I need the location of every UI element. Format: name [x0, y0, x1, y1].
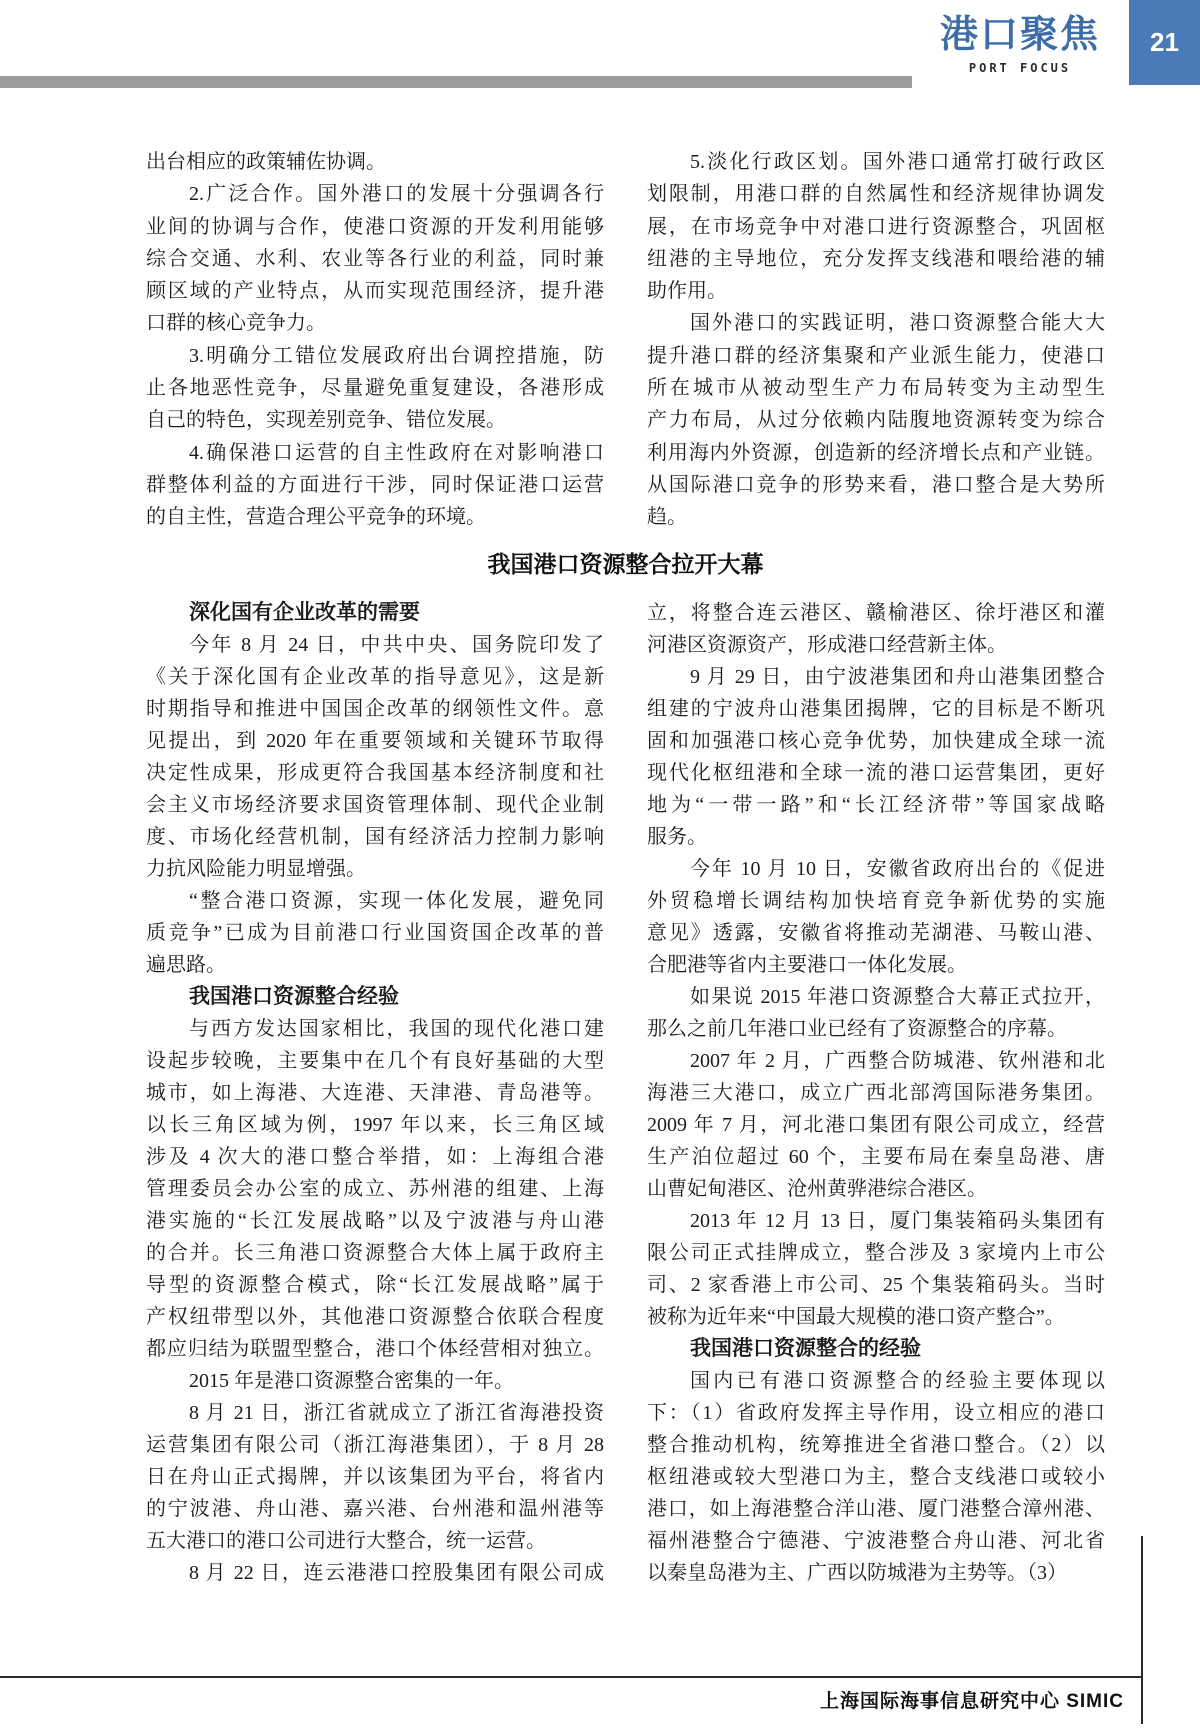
- text-line: 河港区资源资产，形成港口经营新主体。: [647, 629, 1105, 661]
- text-line: 运营集团有限公司（浙江海港集团），于 8 月 28: [146, 1429, 604, 1461]
- text-line: 港口，如上海港整合洋山港、厦门港整合漳州港、: [647, 1493, 1105, 1525]
- text-line: 4.确保港口运营的自主性政府在对影响港口: [146, 437, 604, 469]
- text-line: 今年 8 月 24 日，中共中央、国务院印发了: [146, 629, 604, 661]
- subsection-heading: 我国港口资源整合的经验: [647, 1333, 1105, 1365]
- text-line: 2007 年 2 月，广西整合防城港、钦州港和北: [647, 1045, 1105, 1077]
- text-line: 立，将整合连云港区、赣榆港区、徐圩港区和灌: [647, 597, 1105, 629]
- column-top-right: 5.淡化行政区划。国外港口通常打破行政区划限制，用港口群的自然属性和经济规律协调…: [647, 146, 1105, 534]
- text-line: 展，在市场竞争中对港口进行资源整合，巩固枢: [647, 211, 1105, 243]
- footer-publisher: 上海国际海事信息研究中心 SIMIC: [820, 1686, 1124, 1713]
- text-line: 从国际港口竞争的形势来看，港口整合是大势所: [647, 469, 1105, 501]
- page-header-title: 港口聚焦: [903, 12, 1137, 58]
- text-line: 决定性成果，形成更符合我国基本经济制度和社: [146, 757, 604, 789]
- text-line: 产权纽带型以外，其他港口资源整合依联合程度: [146, 1301, 604, 1333]
- text-line: 出台相应的政策辅佐协调。: [146, 146, 604, 178]
- text-line: 下：（1）省政府发挥主导作用，设立相应的港口: [647, 1397, 1105, 1429]
- text-line: 限公司正式挂牌成立，整合涉及 3 家境内上市公: [647, 1237, 1105, 1269]
- text-line: 如果说 2015 年港口资源整合大幕正式拉开，: [647, 981, 1105, 1013]
- text-line: 助作用。: [647, 275, 1105, 307]
- text-line: 3.明确分工错位发展政府出台调控措施，防: [146, 340, 604, 372]
- column-top-left: 出台相应的政策辅佐协调。2.广泛合作。国外港口的发展十分强调各行业间的协调与合作…: [146, 146, 604, 534]
- text-line: 整合推动机构，统筹推进全省港口整合。（2）以: [647, 1429, 1105, 1461]
- text-line: 意见》透露，安徽省将推动芜湖港、马鞍山港、: [647, 917, 1105, 949]
- text-line: 五大港口的港口公司进行大整合，统一运营。: [146, 1525, 604, 1557]
- text-line: 福州港整合宁德港、宁波港整合舟山港、河北省: [647, 1525, 1105, 1557]
- text-line: 划限制，用港口群的自然属性和经济规律协调发: [647, 178, 1105, 210]
- text-line: 产力布局，从过分依赖内陆腹地资源转变为综合: [647, 404, 1105, 436]
- page-header-subtitle: PORT FOCUS: [903, 61, 1137, 75]
- text-line: 止各地恶性竞争，尽量避免重复建设，各港形成: [146, 372, 604, 404]
- text-line: 导型的资源整合模式，除“长江发展战略”属于: [146, 1269, 604, 1301]
- text-line: “整合港口资源，实现一体化发展，避免同: [146, 885, 604, 917]
- text-line: 8 月 22 日，连云港港口控股集团有限公司成: [146, 1557, 604, 1589]
- text-line: 设起步较晚，主要集中在几个有良好基础的大型: [146, 1045, 604, 1077]
- section-title: 我国港口资源整合拉开大幕: [146, 549, 1105, 579]
- text-line: 综合交通、水利、农业等各行业的利益，同时兼: [146, 243, 604, 275]
- column-bottom-left: 深化国有企业改革的需要今年 8 月 24 日，中共中央、国务院印发了《关于深化国…: [146, 597, 604, 1589]
- text-line: 《关于深化国有企业改革的指导意见》，这是新: [146, 661, 604, 693]
- subsection-heading: 深化国有企业改革的需要: [146, 597, 604, 629]
- text-line: 与西方发达国家相比，我国的现代化港口建: [146, 1013, 604, 1045]
- page-root: 港口聚焦 PORT FOCUS 21 出台相应的政策辅佐协调。2.广泛合作。国外…: [0, 0, 1200, 1731]
- text-line: 的宁波港、舟山港、嘉兴港、台州港和温州港等: [146, 1493, 604, 1525]
- text-line: 2.广泛合作。国外港口的发展十分强调各行: [146, 178, 604, 210]
- text-line: 的自主性，营造合理公平竞争的环境。: [146, 501, 604, 533]
- text-line: 日在舟山正式揭牌，并以该集团为平台，将省内: [146, 1461, 604, 1493]
- text-line: 今年 10 月 10 日，安徽省政府出台的《促进: [647, 853, 1105, 885]
- text-line: 2013 年 12 月 13 日，厦门集装箱码头集团有: [647, 1205, 1105, 1237]
- text-line: 城市，如上海港、大连港、天津港、青岛港等。: [146, 1077, 604, 1109]
- text-line: 国内已有港口资源整合的经验主要体现以: [647, 1365, 1105, 1397]
- text-line: 组建的宁波舟山港集团揭牌，它的目标是不断巩: [647, 693, 1105, 725]
- text-line: 司、2 家香港上市公司、25 个集装箱码头。当时: [647, 1269, 1105, 1301]
- text-line: 生产泊位超过 60 个，主要布局在秦皇岛港、唐: [647, 1141, 1105, 1173]
- footer-rule: [0, 1676, 1142, 1678]
- text-line: 纽港的主导地位，充分发挥支线港和喂给港的辅: [647, 243, 1105, 275]
- text-line: 度、市场化经营机制，国有经济活力控制力影响: [146, 821, 604, 853]
- text-line: 群整体利益的方面进行干涉，同时保证港口运营: [146, 469, 604, 501]
- text-line: 顾区域的产业特点，从而实现范围经济，提升港: [146, 275, 604, 307]
- text-line: 时期指导和推进中国国企改革的纲领性文件。意: [146, 693, 604, 725]
- header-title-block: 港口聚焦 PORT FOCUS: [903, 12, 1137, 75]
- text-line: 口群的核心竞争力。: [146, 307, 604, 339]
- footer-vertical-rule: [1141, 1536, 1143, 1724]
- text-line: 会主义市场经济要求国资管理体制、现代企业制: [146, 789, 604, 821]
- text-line: 山曹妃甸港区、沧州黄骅港综合港区。: [647, 1173, 1105, 1205]
- column-bottom-right: 立，将整合连云港区、赣榆港区、徐圩港区和灌河港区资源资产，形成港口经营新主体。9…: [647, 597, 1105, 1589]
- text-line: 的合并。长三角港口资源整合大体上属于政府主: [146, 1237, 604, 1269]
- header-divider-bar: [0, 76, 912, 88]
- page-number-badge: 21: [1129, 0, 1200, 85]
- text-line: 提升港口群的经济集聚和产业派生能力，使港口: [647, 340, 1105, 372]
- text-line: 服务。: [647, 821, 1105, 853]
- text-line: 8 月 21 日，浙江省就成立了浙江省海港投资: [146, 1397, 604, 1429]
- text-line: 被称为近年来“中国最大规模的港口资产整合”。: [647, 1301, 1105, 1333]
- text-line: 遍思路。: [146, 949, 604, 981]
- text-line: 以秦皇岛港为主、广西以防城港为主势等。（3）: [647, 1557, 1105, 1589]
- text-line: 国外港口的实践证明，港口资源整合能大大: [647, 307, 1105, 339]
- text-line: 2009 年 7 月，河北港口集团有限公司成立，经营: [647, 1109, 1105, 1141]
- text-line: 海港三大港口，成立广西北部湾国际港务集团。: [647, 1077, 1105, 1109]
- text-line: 利用海内外资源，创造新的经济增长点和产业链。: [647, 437, 1105, 469]
- text-line: 地为“一带一路”和“长江经济带”等国家战略: [647, 789, 1105, 821]
- text-line: 涉及 4 次大的港口整合举措，如：上海组合港: [146, 1141, 604, 1173]
- text-line: 枢纽港或较大型港口为主，整合支线港口或较小: [647, 1461, 1105, 1493]
- text-line: 都应归结为联盟型整合，港口个体经营相对独立。: [146, 1333, 604, 1365]
- text-line: 质竞争”已成为目前港口行业国资国企改革的普: [146, 917, 604, 949]
- text-line: 5.淡化行政区划。国外港口通常打破行政区: [647, 146, 1105, 178]
- text-line: 力抗风险能力明显增强。: [146, 853, 604, 885]
- text-line: 见提出，到 2020 年在重要领域和关键环节取得: [146, 725, 604, 757]
- text-line: 9 月 29 日，由宁波港集团和舟山港集团整合: [647, 661, 1105, 693]
- text-line: 以长三角区域为例，1997 年以来，长三角区域: [146, 1109, 604, 1141]
- subsection-heading: 我国港口资源整合经验: [146, 981, 604, 1013]
- text-line: 业间的协调与合作，使港口资源的开发利用能够: [146, 211, 604, 243]
- text-line: 趋。: [647, 501, 1105, 533]
- text-line: 2015 年是港口资源整合密集的一年。: [146, 1365, 604, 1397]
- text-line: 那么之前几年港口业已经有了资源整合的序幕。: [647, 1013, 1105, 1045]
- text-line: 管理委员会办公室的成立、苏州港的组建、上海: [146, 1173, 604, 1205]
- text-line: 自己的特色，实现差别竞争、错位发展。: [146, 404, 604, 436]
- text-line: 所在城市从被动型生产力布局转变为主动型生: [647, 372, 1105, 404]
- text-line: 固和加强港口核心竞争优势，加快建成全球一流: [647, 725, 1105, 757]
- text-line: 港实施的“长江发展战略”以及宁波港与舟山港: [146, 1205, 604, 1237]
- text-line: 外贸稳增长调结构加快培育竞争新优势的实施: [647, 885, 1105, 917]
- text-line: 合肥港等省内主要港口一体化发展。: [647, 949, 1105, 981]
- text-line: 现代化枢纽港和全球一流的港口运营集团，更好: [647, 757, 1105, 789]
